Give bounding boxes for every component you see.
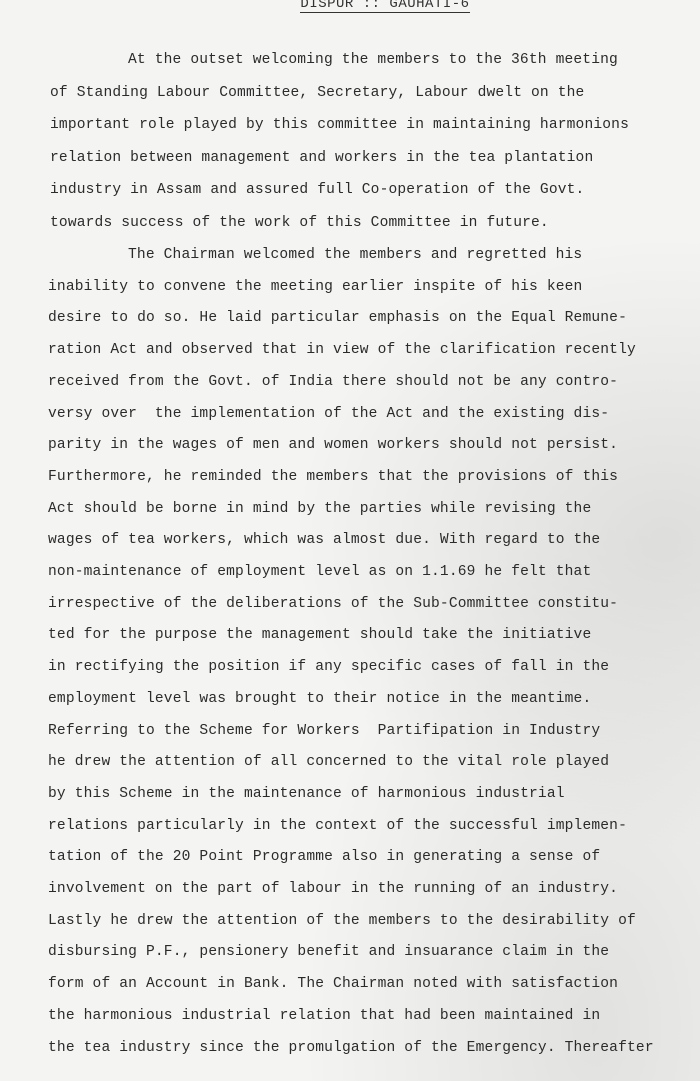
text-line: disbursing P.F., pensionery benefit and … <box>48 943 609 961</box>
page-header: DISPUR :: GAUHATI-6 <box>0 0 700 17</box>
text-line: ted for the purpose the management shoul… <box>48 626 591 644</box>
text-line: involvement on the part of labour in the… <box>48 880 618 898</box>
text-line: industry in Assam and assured full Co-op… <box>50 181 584 199</box>
text-line: relations particularly in the context of… <box>48 817 627 835</box>
text-line: ration Act and observed that in view of … <box>48 341 636 359</box>
text-line: parity in the wages of men and women wor… <box>48 436 618 454</box>
text-line: Referring to the Scheme for Workers Part… <box>48 722 600 740</box>
header-address: DISPUR :: GAUHATI-6 <box>300 0 469 13</box>
text-line: The Chairman welcomed the members and re… <box>128 246 582 264</box>
text-line: towards success of the work of this Comm… <box>50 214 549 232</box>
text-line: inability to convene the meeting earlier… <box>48 278 582 296</box>
text-line: he drew the attention of all concerned t… <box>48 753 609 771</box>
text-line: by this Scheme in the maintenance of har… <box>48 785 565 803</box>
text-line: the harmonious industrial relation that … <box>48 1007 600 1025</box>
text-line: employment level was brought to their no… <box>48 690 591 708</box>
text-line: Furthermore, he reminded the members tha… <box>48 468 618 486</box>
text-line: Lastly he drew the attention of the memb… <box>48 912 636 930</box>
text-line: wages of tea workers, which was almost d… <box>48 531 600 549</box>
text-line: the tea industry since the promulgation … <box>48 1039 654 1057</box>
document-page: DISPUR :: GAUHATI-6 At the outset welcom… <box>0 0 700 1081</box>
text-line: relation between management and workers … <box>50 149 593 167</box>
text-line: tation of the 20 Point Programme also in… <box>48 848 600 866</box>
text-line: Act should be borne in mind by the parti… <box>48 500 591 518</box>
text-line: of Standing Labour Committee, Secretary,… <box>50 84 584 102</box>
text-line: form of an Account in Bank. The Chairman… <box>48 975 618 993</box>
text-line: At the outset welcoming the members to t… <box>128 51 618 69</box>
text-line: irrespective of the deliberations of the… <box>48 595 618 613</box>
text-line: desire to do so. He laid particular emph… <box>48 309 627 327</box>
text-line: important role played by this committee … <box>50 116 629 134</box>
text-line: versy over the implementation of the Act… <box>48 405 609 423</box>
text-line: in rectifying the position if any specif… <box>48 658 609 676</box>
text-line: received from the Govt. of India there s… <box>48 373 618 391</box>
text-line: non-maintenance of employment level as o… <box>48 563 591 581</box>
